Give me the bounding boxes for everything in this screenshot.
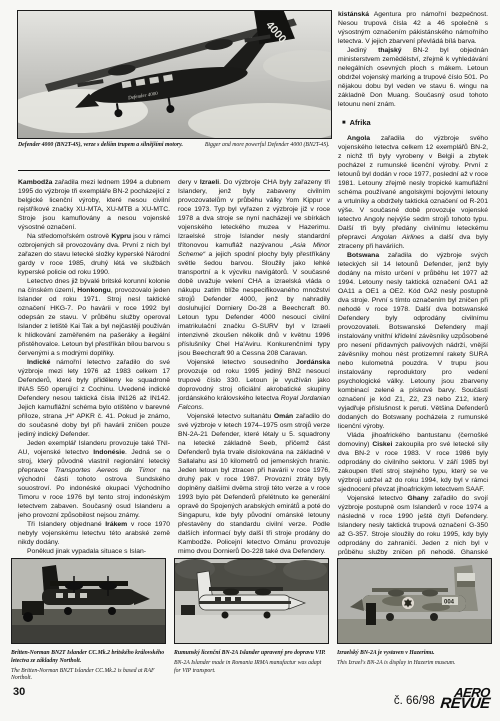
caption-czech: Izraelský BN-2A je vystaven v Hazerimu. xyxy=(337,650,492,658)
logo-line-revue: REVUE xyxy=(440,698,490,710)
israeli-bn2a-photo: 004 xyxy=(338,559,491,643)
romanian-islander-photo xyxy=(175,559,328,643)
section-heading-africa: ■ Afrika xyxy=(342,118,488,127)
photo-israeli-bn2a-hazerim: 004 xyxy=(337,558,492,644)
text-column-3: kistánská Agentura pro námořní bezpečnos… xyxy=(338,10,488,558)
photo-romanian-islander-vip xyxy=(174,558,329,644)
top-photo-caption: Defender 4000 (BN2T-4S), verze s delším … xyxy=(18,142,330,150)
paragraph: Indické námořní letectvo zařadilo do své… xyxy=(18,358,170,439)
paragraph: Letectvo dnes již bývalé britské korunní… xyxy=(18,277,170,358)
issue-number: č. 66/98 xyxy=(394,695,435,707)
caption-divider xyxy=(18,170,330,171)
caption-english: BN-2A Islander made in Romania IRMA manu… xyxy=(174,660,329,676)
section-heading-label: Afrika xyxy=(350,118,371,127)
paragraph: Poněkud jinak vypadala situace s Islan- xyxy=(18,547,170,556)
paragraph: Vojenské letectvo Ghany zařadilo do svoj… xyxy=(338,494,488,558)
photo-islander-northolt xyxy=(11,558,166,644)
page-number: 30 xyxy=(13,686,25,698)
caption-czech: Britten-Norman BN2T Islander CC.Mk.2 bri… xyxy=(11,650,166,666)
top-photo-defender-4000: 4000 Defender 4000 xyxy=(17,10,332,139)
caption-english: This Izrael's BN-2A is display in Hazeri… xyxy=(337,660,492,668)
caption-northolt: Britten-Norman BN2T Islander CC.Mk.2 bri… xyxy=(11,650,166,683)
defender-4000-flight-photo: 4000 Defender 4000 xyxy=(18,11,331,138)
top-caption-english: Bigger and more powerful Defender 4000 (… xyxy=(205,142,330,150)
islander-northolt-photo xyxy=(12,559,165,643)
magazine-page: 4000 Defender 4000 Defender 4000 (BN2T-4 xyxy=(0,0,500,721)
square-bullet-icon: ■ xyxy=(342,120,346,126)
paragraph: kistánská Agentura pro námořní bezpečnos… xyxy=(338,10,488,46)
nose-number: 004 xyxy=(444,600,455,606)
aero-revue-logo: AERO REVUE xyxy=(440,688,491,710)
paragraph: Jeden exemplář Islanderu provozuje také … xyxy=(18,439,170,520)
paragraph: dery v Izraeli. Do výzbroje CHA byly zař… xyxy=(178,178,330,358)
caption-czech: Rumunský licenční BN-2A Islander upraven… xyxy=(174,650,329,658)
paragraph: Vojenské letectvo sousedního Jordánska p… xyxy=(178,358,330,412)
caption-israeli: Izraelský BN-2A je vystaven v Hazerimu. … xyxy=(337,650,492,683)
footer-right: č. 66/98 AERO REVUE xyxy=(394,688,490,710)
bottom-photo-strip: 004 xyxy=(11,558,493,644)
paragraph: Angola zařadila do výzbroje svého vojens… xyxy=(338,134,488,251)
caption-romanian: Rumunský licenční BN-2A Islander upraven… xyxy=(174,650,329,683)
text-column-1: Kambodža zařadila mezi lednem 1994 a dub… xyxy=(18,178,170,556)
text-column-2: dery v Izraeli. Do výzbroje CHA byly zař… xyxy=(178,178,330,556)
paragraph: Kambodža zařadila mezi lednem 1994 a dub… xyxy=(18,178,170,232)
paragraph: Jediný thajský BN-2 byl objednán ministe… xyxy=(338,46,488,109)
bottom-captions-row: Britten-Norman BN2T Islander CC.Mk.2 bri… xyxy=(11,650,493,683)
paragraph: Vojenské letectvo sultanátu Omán zařadil… xyxy=(178,412,330,556)
top-caption-czech: Defender 4000 (BN2T-4S), verze s delším … xyxy=(18,142,195,150)
paragraph: Na středomořském ostrově Kypru jsou v rá… xyxy=(18,232,170,277)
paragraph: Tři Islandery objednané Irákem v roce 19… xyxy=(18,520,170,547)
caption-english: The Britten-Norman BN2T Islander CC.Mk.2… xyxy=(11,668,166,684)
paragraph: Vláda jihoafrického bantustanu (černošké… xyxy=(338,431,488,494)
paragraph: Botswana zařadila do výzbroje svých lete… xyxy=(338,251,488,431)
